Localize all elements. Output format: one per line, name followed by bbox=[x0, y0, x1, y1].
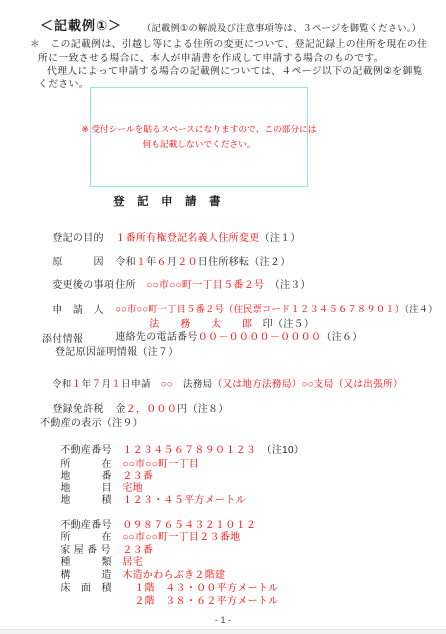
text-segment: 連絡先の電話番号 bbox=[115, 332, 197, 343]
example-heading: ＜記載例①＞ bbox=[40, 15, 122, 34]
intro-line: ください。 bbox=[38, 76, 89, 90]
building-row: ２階 ３８・６２平方メートル bbox=[48, 581, 279, 618]
page-bottom-edge bbox=[0, 629, 446, 634]
text-segment: （注10） bbox=[256, 445, 304, 456]
text-segment: （又は地方法務局）○○支局（又は出張所） bbox=[213, 379, 403, 390]
document-page: ＜記載例①＞ （記載例①の解説及び注意事項等は、３ページを御覧ください。） ＊ … bbox=[0, 0, 446, 634]
property-section-heading: 不動産の表示（注９） bbox=[40, 414, 143, 429]
intro-line: 代理人によって申請する場合の記載例については、４ページ以下の記載例②を御覧 bbox=[47, 63, 423, 77]
field-label: 登録免許税 bbox=[52, 400, 115, 415]
seal-box-note-line: ※ 受付シールを貼るスペースになりますので、この部分には bbox=[82, 122, 317, 137]
attachments-item: 登記原因証明情報（注７） bbox=[55, 343, 179, 358]
example-heading-note: （記載例①の解説及び注意事項等は、３ページを御覧ください。） bbox=[142, 20, 421, 34]
field-label: 地 積 bbox=[60, 491, 122, 506]
text-segment: ００－００００－００００ bbox=[198, 332, 322, 343]
intro-line: 所に一致させる場合に、本人が申請書を作成して申請する場合のものです。 bbox=[38, 50, 384, 64]
text-segment: （注６） bbox=[321, 332, 362, 343]
form-title: 登 記 申 請 書 bbox=[113, 193, 221, 209]
intro-line: ＊ この記載例は、引越し等による住所の変更について、登記記録上の住所を現在の住 bbox=[30, 36, 427, 50]
field-value: ２階 ３８・６２平方メートル bbox=[134, 596, 278, 607]
receipt-seal-box: ※ 受付シールを貼るスペースになりますので、この部分には 何も記載しないでくださ… bbox=[90, 87, 308, 187]
field-label: 申 請 人 bbox=[52, 301, 115, 316]
text-segment: （注４） bbox=[404, 304, 437, 314]
text-segment: ２階 ３８・６２平方メートル bbox=[134, 596, 278, 607]
seal-box-note-line: 何も記載しないでください。 bbox=[143, 137, 256, 152]
field-label: 変更後の事項 bbox=[52, 276, 115, 291]
field-value: 連絡先の電話番号００－００００－００００（注６） bbox=[115, 332, 362, 343]
text-segment: 円（注８） bbox=[177, 404, 229, 415]
page-number: - 1 - bbox=[0, 615, 446, 625]
